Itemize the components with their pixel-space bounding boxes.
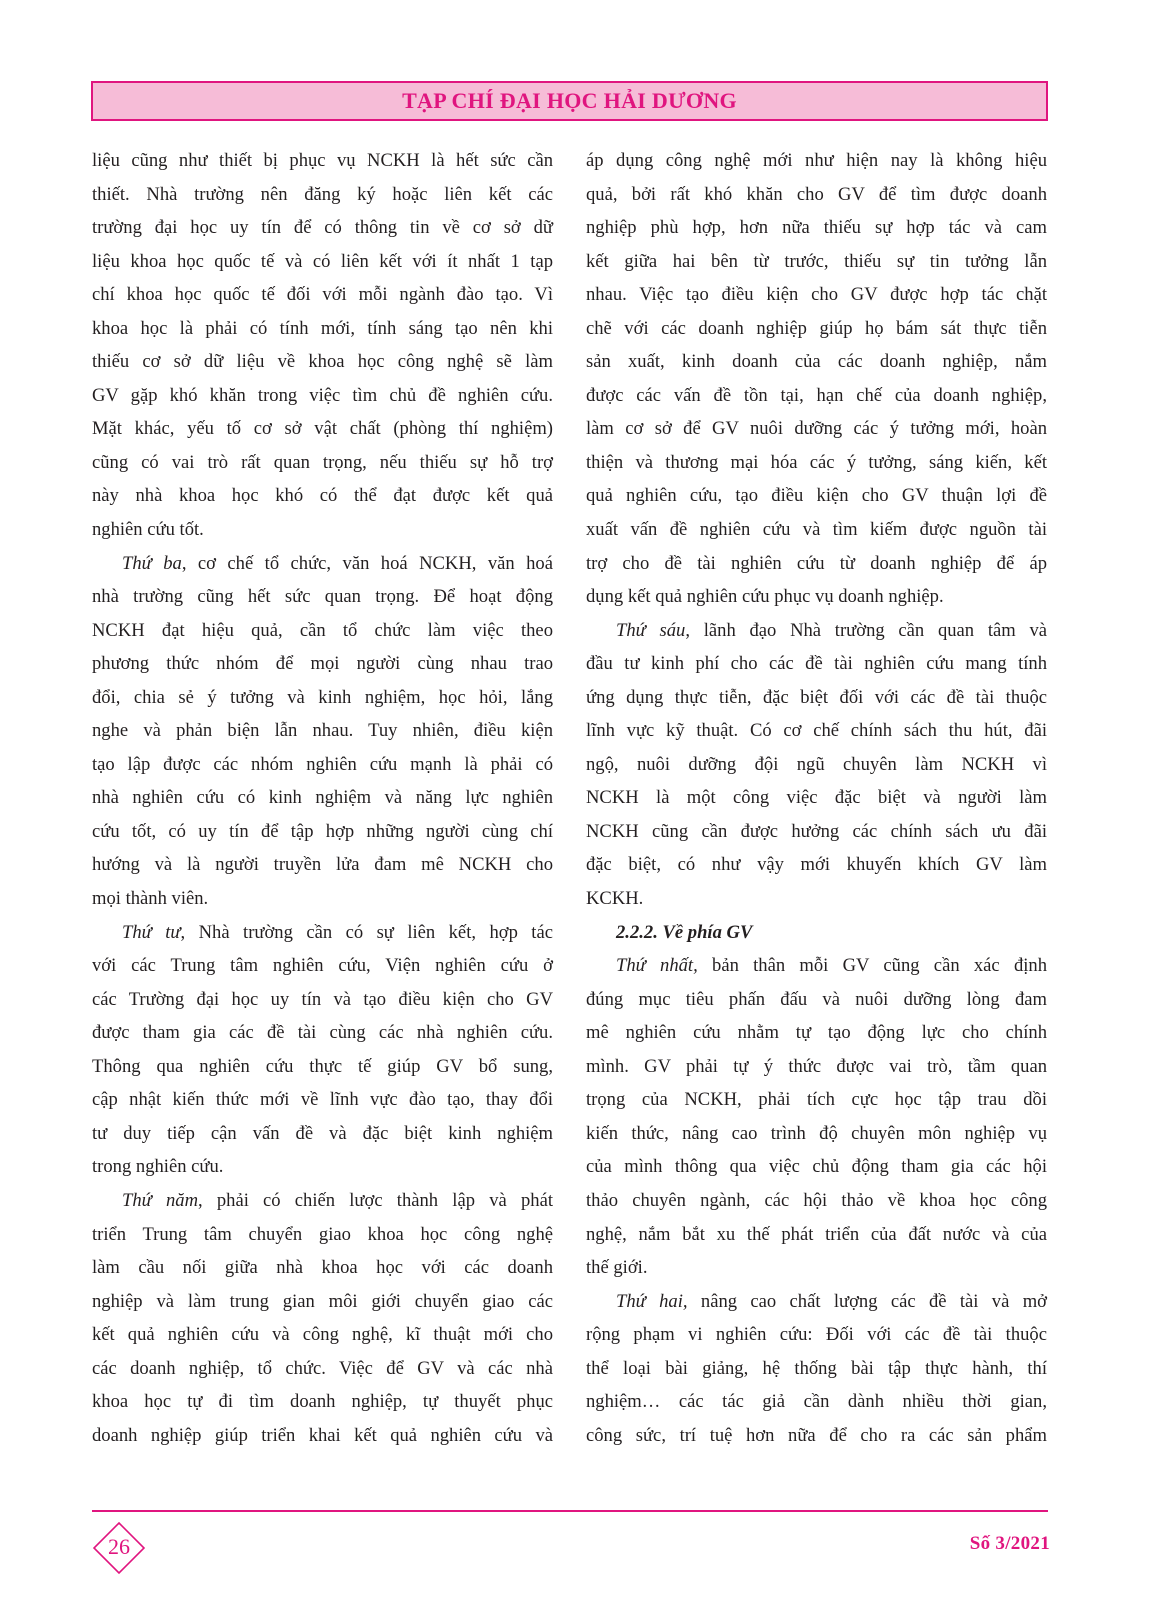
line-text: , phải có chiến lược thành lập và phát	[198, 1190, 553, 1211]
text-line: nghiệp và làm trung gian môi giới chuyển…	[92, 1285, 553, 1319]
line-text: chẽ với các doanh nghiệp giúp họ bám sát…	[586, 318, 1047, 339]
line-text: được tham gia các đề tài cùng các nhà ng…	[92, 1022, 553, 1043]
line-text: xuất vấn đề nghiên cứu và tìm kiếm được …	[586, 519, 1047, 540]
line-text: GV gặp khó khăn trong việc tìm chủ đề ng…	[92, 385, 553, 406]
text-line: sản xuất, kinh doanh của các doanh nghiệ…	[586, 345, 1047, 379]
text-line: trường đại học uy tín để có thông tin về…	[92, 211, 553, 245]
text-line: nghệ, nắm bắt xu thế phát triển của đất …	[586, 1218, 1047, 1252]
text-line: cập nhật kiến thức mới về lĩnh vực đào t…	[92, 1083, 553, 1117]
text-line: đặc biệt, có như vậy mới khuyến khích GV…	[586, 848, 1047, 882]
text-line: được tham gia các đề tài cùng các nhà ng…	[92, 1016, 553, 1050]
line-text: nhà trường cũng hết sức quan trọng. Để h…	[92, 586, 553, 607]
line-text: các Trường đại học uy tín và tạo điều ki…	[92, 989, 553, 1010]
text-line: cũng có vai trò rất quan trọng, nếu thiế…	[92, 446, 553, 480]
text-line: chẽ với các doanh nghiệp giúp họ bám sát…	[586, 312, 1047, 346]
line-text: này nhà khoa học khó có thể đạt được kết…	[92, 485, 553, 506]
line-text: NCKH cũng cần được hưởng các chính sách …	[586, 821, 1047, 842]
text-line: quả nghiên cứu, tạo điều kiện cho GV thu…	[586, 479, 1047, 513]
line-text: trường đại học uy tín để có thông tin về…	[92, 217, 553, 238]
line-text: nghe và phản biện lẫn nhau. Tuy nhiên, đ…	[92, 720, 553, 741]
text-line: mọi thành viên.	[92, 882, 553, 916]
line-text: nghiệm… các tác giả cần dành nhiều thời …	[586, 1391, 1047, 1412]
text-line: nhà nghiên cứu có kinh nghiệm và năng lự…	[92, 781, 553, 815]
text-line: ngộ, nuôi dưỡng đội ngũ chuyên làm NCKH …	[586, 748, 1047, 782]
line-text: doanh nghiệp giúp triển khai kết quả ngh…	[92, 1425, 553, 1446]
line-text: công sức, trí tuệ hơn nữa để cho ra các …	[586, 1425, 1047, 1446]
line-text: Thông qua nghiên cứu thực tế giúp GV bổ …	[92, 1056, 553, 1077]
paragraph-lead: Thứ ba	[122, 553, 182, 574]
line-text: KCKH.	[586, 888, 643, 909]
page-number-badge: 26	[93, 1522, 145, 1574]
paragraph-lead: Thứ tư	[122, 922, 181, 943]
line-text: chí khoa học quốc tế đối với mỗi ngành đ…	[92, 284, 553, 305]
text-line: này nhà khoa học khó có thể đạt được kết…	[92, 479, 553, 513]
text-line: Thứ tư, Nhà trường cần có sự liên kết, h…	[92, 916, 553, 950]
line-text: kiến thức, nâng cao trình độ chuyên môn …	[586, 1123, 1047, 1144]
text-line: trong nghiên cứu.	[92, 1150, 553, 1184]
line-text: mê nghiên cứu nhằm tự tạo động lực cho c…	[586, 1022, 1047, 1043]
text-line: thiện và thương mại hóa các ý tưởng, sán…	[586, 446, 1047, 480]
text-line: thể loại bài giảng, hệ thống bài tập thự…	[586, 1352, 1047, 1386]
issue-number: Số 3/2021	[970, 1533, 1050, 1555]
text-line: mê nghiên cứu nhằm tự tạo động lực cho c…	[586, 1016, 1047, 1050]
text-line: cứu tốt, có uy tín để tập hợp những ngườ…	[92, 815, 553, 849]
line-text: với các Trung tâm nghiên cứu, Viện nghiê…	[92, 955, 553, 976]
line-text: tạo lập được các nhóm nghiên cứu mạnh là…	[92, 754, 553, 775]
line-text: triển Trung tâm chuyển giao khoa học côn…	[92, 1224, 553, 1245]
text-line: làm cầu nối giữa nhà khoa học với các do…	[92, 1251, 553, 1285]
line-text: , cơ chế tổ chức, văn hoá NCKH, văn hoá	[182, 553, 553, 574]
line-text: đầu tư kinh phí cho các đề tài nghiên cứ…	[586, 653, 1047, 674]
line-text: nghiệp và làm trung gian môi giới chuyển…	[92, 1291, 553, 1312]
paragraph-lead: Thứ nhất,	[616, 955, 698, 976]
line-text: trọng của NCKH, phải tích cực học tập tr…	[586, 1089, 1047, 1110]
right-text-column: áp dụng công nghệ mới như hiện nay là kh…	[586, 144, 1047, 1452]
line-text: quả nghiên cứu, tạo điều kiện cho GV thu…	[586, 485, 1047, 506]
line-text: quả, bởi rất khó khăn cho GV để tìm được…	[586, 184, 1047, 205]
text-line: kết quả nghiên cứu và công nghệ, kĩ thuậ…	[92, 1318, 553, 1352]
line-text: nghiên cứu tốt.	[92, 519, 204, 540]
paragraph-lead: Thứ hai,	[616, 1291, 688, 1312]
line-text: thảo chuyên ngành, các hội thảo về khoa …	[586, 1190, 1047, 1211]
line-text: đúng mục tiêu phấn đấu và nuôi dưỡng lòn…	[586, 989, 1047, 1010]
line-text: nâng cao chất lượng các đề tài và mở	[688, 1291, 1047, 1312]
text-line: nghiên cứu tốt.	[92, 513, 553, 547]
text-line: làm cơ sở để GV nuôi dưỡng các ý tưởng m…	[586, 412, 1047, 446]
line-text: liệu khoa học quốc tế và có liên kết với…	[92, 251, 553, 272]
text-line: được các vấn đề tồn tại, hạn chế của doa…	[586, 379, 1047, 413]
line-text: thiện và thương mại hóa các ý tưởng, sán…	[586, 452, 1047, 473]
line-text: nhau. Việc tạo điều kiện cho GV được hợp…	[586, 284, 1047, 305]
line-text: Mặt khác, yếu tố cơ sở vật chất (phòng t…	[92, 418, 553, 439]
text-line: đúng mục tiêu phấn đấu và nuôi dưỡng lòn…	[586, 983, 1047, 1017]
text-line: các Trường đại học uy tín và tạo điều ki…	[92, 983, 553, 1017]
text-line: Thứ ba, cơ chế tổ chức, văn hoá NCKH, vă…	[92, 547, 553, 581]
text-line: áp dụng công nghệ mới như hiện nay là kh…	[586, 144, 1047, 178]
left-text-column: liệu cũng như thiết bị phục vụ NCKH là h…	[92, 144, 553, 1452]
line-text: trong nghiên cứu.	[92, 1156, 223, 1177]
line-text: NCKH là một công việc đặc biệt và người …	[586, 787, 1047, 808]
text-line: nhà trường cũng hết sức quan trọng. Để h…	[92, 580, 553, 614]
text-line: thiết. Nhà trường nên đăng ký hoặc liên …	[92, 178, 553, 212]
text-line: nghiệm… các tác giả cần dành nhiều thời …	[586, 1385, 1047, 1419]
line-text: khoa học tự đi tìm doanh nghiệp, tự thuy…	[92, 1391, 553, 1412]
line-text: lĩnh vực kỹ thuật. Có cơ chế chính sách …	[586, 720, 1047, 741]
text-line: các doanh nghiệp, tổ chức. Việc để GV và…	[92, 1352, 553, 1386]
line-text: được các vấn đề tồn tại, hạn chế của doa…	[586, 385, 1047, 406]
line-text: làm cơ sở để GV nuôi dưỡng các ý tưởng m…	[586, 418, 1047, 439]
text-line: chí khoa học quốc tế đối với mỗi ngành đ…	[92, 278, 553, 312]
text-line: rộng phạm vi nghiên cứu: Đối với các đề …	[586, 1318, 1047, 1352]
text-line: nghe và phản biện lẫn nhau. Tuy nhiên, đ…	[92, 714, 553, 748]
text-line: triển Trung tâm chuyển giao khoa học côn…	[92, 1218, 553, 1252]
text-line: NCKH đạt hiệu quả, cần tổ chức làm việc …	[92, 614, 553, 648]
line-text: nghệ, nắm bắt xu thế phát triển của đất …	[586, 1224, 1047, 1245]
line-text: , Nhà trường cần có sự liên kết, hợp tác	[181, 922, 553, 943]
line-text: , lãnh đạo Nhà trường cần quan tâm và	[685, 620, 1047, 641]
footer-divider	[92, 1510, 1048, 1512]
line-text: NCKH đạt hiệu quả, cần tổ chức làm việc …	[92, 620, 553, 641]
text-line: Thứ hai, nâng cao chất lượng các đề tài …	[586, 1285, 1047, 1319]
text-line: nghiệp phù hợp, hơn nữa thiếu sự hợp tác…	[586, 211, 1047, 245]
text-line: mình. GV phải tự ý thức được vai trò, tầ…	[586, 1050, 1047, 1084]
line-text: nhà nghiên cứu có kinh nghiệm và năng lự…	[92, 787, 553, 808]
text-line: với các Trung tâm nghiên cứu, Viện nghiê…	[92, 949, 553, 983]
text-line: nhau. Việc tạo điều kiện cho GV được hợp…	[586, 278, 1047, 312]
line-text: cũng có vai trò rất quan trọng, nếu thiế…	[92, 452, 553, 473]
journal-title: TẠP CHÍ ĐẠI HỌC HẢI DƯƠNG	[93, 88, 1046, 114]
text-line: NCKH cũng cần được hưởng các chính sách …	[586, 815, 1047, 849]
text-line: Thứ sáu, lãnh đạo Nhà trường cần quan tâ…	[586, 614, 1047, 648]
text-line: thiếu cơ sở dữ liệu về khoa học công ngh…	[92, 345, 553, 379]
line-text: rộng phạm vi nghiên cứu: Đối với các đề …	[586, 1324, 1047, 1345]
text-line: ứng dụng thực tiễn, đặc biệt đối với các…	[586, 681, 1047, 715]
text-line: Thứ nhất, bản thân mỗi GV cũng cần xác đ…	[586, 949, 1047, 983]
line-text: thế giới.	[586, 1257, 647, 1278]
line-text: sản xuất, kinh doanh của các doanh nghiệ…	[586, 351, 1047, 372]
line-text: thiếu cơ sở dữ liệu về khoa học công ngh…	[92, 351, 553, 372]
line-text: cập nhật kiến thức mới về lĩnh vực đào t…	[92, 1089, 553, 1110]
page-number: 26	[93, 1534, 145, 1560]
line-text: thiết. Nhà trường nên đăng ký hoặc liên …	[92, 184, 553, 205]
line-text: đặc biệt, có như vậy mới khuyến khích GV…	[586, 854, 1047, 875]
section-heading: 2.2.2. Về phía GV	[586, 916, 1047, 950]
line-text: phương thức nhóm để mọi người cùng nhau …	[92, 653, 553, 674]
text-line: liệu khoa học quốc tế và có liên kết với…	[92, 245, 553, 279]
text-line: hướng và là người truyền lửa đam mê NCKH…	[92, 848, 553, 882]
text-line: lĩnh vực kỹ thuật. Có cơ chế chính sách …	[586, 714, 1047, 748]
text-line: Thông qua nghiên cứu thực tế giúp GV bổ …	[92, 1050, 553, 1084]
line-text: kết quả nghiên cứu và công nghệ, kĩ thuậ…	[92, 1324, 553, 1345]
paragraph-lead: Thứ năm	[122, 1190, 198, 1211]
text-line: thế giới.	[586, 1251, 1047, 1285]
text-line: khoa học tự đi tìm doanh nghiệp, tự thuy…	[92, 1385, 553, 1419]
line-text: nghiệp phù hợp, hơn nữa thiếu sự hợp tác…	[586, 217, 1047, 238]
line-text: dụng kết quả nghiên cứu phục vụ doanh ng…	[586, 586, 944, 607]
line-text: tư duy tiếp cận vấn đề và đặc biệt kinh …	[92, 1123, 553, 1144]
text-line: kiến thức, nâng cao trình độ chuyên môn …	[586, 1117, 1047, 1151]
line-text: ứng dụng thực tiễn, đặc biệt đối với các…	[586, 687, 1047, 708]
line-text: hướng và là người truyền lửa đam mê NCKH…	[92, 854, 553, 875]
line-text: ngộ, nuôi dưỡng đội ngũ chuyên làm NCKH …	[586, 754, 1047, 775]
line-text: các doanh nghiệp, tổ chức. Việc để GV và…	[92, 1358, 553, 1379]
text-line: xuất vấn đề nghiên cứu và tìm kiếm được …	[586, 513, 1047, 547]
line-text: áp dụng công nghệ mới như hiện nay là kh…	[586, 150, 1047, 171]
text-line: của mình thông qua việc chủ động tham gi…	[586, 1150, 1047, 1184]
text-line: GV gặp khó khăn trong việc tìm chủ đề ng…	[92, 379, 553, 413]
text-line: tư duy tiếp cận vấn đề và đặc biệt kinh …	[92, 1117, 553, 1151]
text-line: NCKH là một công việc đặc biệt và người …	[586, 781, 1047, 815]
text-line: trọng của NCKH, phải tích cực học tập tr…	[586, 1083, 1047, 1117]
line-text: đổi, chia sẻ ý tưởng và kinh nghiệm, học…	[92, 687, 553, 708]
text-line: phương thức nhóm để mọi người cùng nhau …	[92, 647, 553, 681]
text-line: doanh nghiệp giúp triển khai kết quả ngh…	[92, 1419, 553, 1453]
line-text: kết giữa hai bên từ trước, thiếu sự tin …	[586, 251, 1047, 272]
text-line: đầu tư kinh phí cho các đề tài nghiên cứ…	[586, 647, 1047, 681]
text-line: khoa học là phải có tính mới, tính sáng …	[92, 312, 553, 346]
text-line: dụng kết quả nghiên cứu phục vụ doanh ng…	[586, 580, 1047, 614]
paragraph-lead: Thứ sáu	[616, 620, 685, 641]
text-line: trợ cho đề tài nghiên cứu từ doanh nghiệ…	[586, 547, 1047, 581]
line-text: làm cầu nối giữa nhà khoa học với các do…	[92, 1257, 553, 1278]
line-text: khoa học là phải có tính mới, tính sáng …	[92, 318, 553, 339]
line-text: mọi thành viên.	[92, 888, 208, 909]
text-line: KCKH.	[586, 882, 1047, 916]
line-text: mình. GV phải tự ý thức được vai trò, tầ…	[586, 1056, 1047, 1077]
text-line: liệu cũng như thiết bị phục vụ NCKH là h…	[92, 144, 553, 178]
text-line: quả, bởi rất khó khăn cho GV để tìm được…	[586, 178, 1047, 212]
text-line: kết giữa hai bên từ trước, thiếu sự tin …	[586, 245, 1047, 279]
journal-header-band: TẠP CHÍ ĐẠI HỌC HẢI DƯƠNG	[91, 81, 1048, 121]
line-text: trợ cho đề tài nghiên cứu từ doanh nghiệ…	[586, 553, 1047, 574]
text-line: Mặt khác, yếu tố cơ sở vật chất (phòng t…	[92, 412, 553, 446]
line-text: của mình thông qua việc chủ động tham gi…	[586, 1156, 1047, 1177]
text-line: công sức, trí tuệ hơn nữa để cho ra các …	[586, 1419, 1047, 1453]
line-text: liệu cũng như thiết bị phục vụ NCKH là h…	[92, 150, 553, 171]
line-text: cứu tốt, có uy tín để tập hợp những ngườ…	[92, 821, 553, 842]
line-text: bản thân mỗi GV cũng cần xác định	[698, 955, 1047, 976]
line-text: thể loại bài giảng, hệ thống bài tập thự…	[586, 1358, 1047, 1379]
text-line: thảo chuyên ngành, các hội thảo về khoa …	[586, 1184, 1047, 1218]
text-line: Thứ năm, phải có chiến lược thành lập và…	[92, 1184, 553, 1218]
text-line: đổi, chia sẻ ý tưởng và kinh nghiệm, học…	[92, 681, 553, 715]
text-line: tạo lập được các nhóm nghiên cứu mạnh là…	[92, 748, 553, 782]
